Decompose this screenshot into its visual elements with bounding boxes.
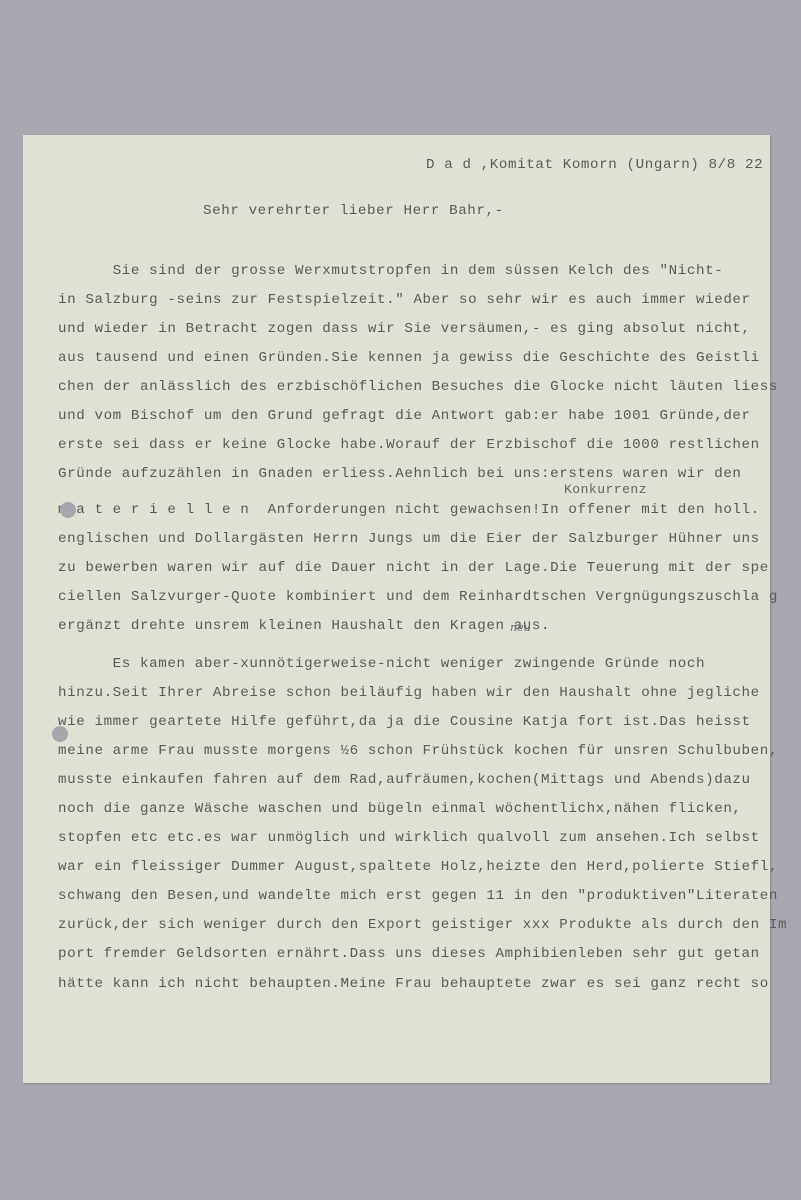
letter-line: in Salzburg -seins zur Festspielzeit." A… [58,291,751,309]
letter-line: port fremder Geldsorten ernährt.Dass uns… [58,945,760,963]
letter-line: und vom Bischof um den Grund gefragt die… [58,407,751,425]
letter-line: ciellen Salzvurger-Quote kombiniert und … [58,588,778,606]
letter-line: Es kamen aber-xunnötigerweise-nicht weni… [58,655,705,673]
letter-line: hinzu.Seit Ihrer Abreise schon beiläufig… [58,684,760,702]
letter-line: zurück,der sich weniger durch den Export… [58,916,787,934]
punch-hole [60,502,76,518]
letter-line: englischen und Dollargästen Herrn Jungs … [58,530,760,548]
letter-line: Sie sind der grosse Werxmutstropfen in d… [58,262,723,280]
letter-line: noch die ganze Wäsche waschen und bügeln… [58,800,742,818]
letter-line: ergänzt drehte unsrem kleinen Haushalt d… [58,617,550,635]
letter-line: war ein fleissiger Dummer August,spaltet… [58,858,778,876]
punch-hole [52,726,68,742]
letter-line: Gründe aufzuzählen in Gnaden erliess.Aeh… [58,465,742,483]
letter-place-date: D a d ,Komitat Komorn (Ungarn) 8/8 22 [426,156,763,174]
letter-line: erste sei dass er keine Glocke habe.Wora… [58,436,760,454]
letter-line: wie immer geartete Hilfe geführt,da ja d… [58,713,751,731]
letter-line: m a t e r i e l l e n Anforderungen nich… [58,501,760,519]
letter-line: hätte kann ich nicht behaupten.Meine Fra… [58,975,769,993]
letter-line: chen der anlässlich des erzbischöflichen… [58,378,778,396]
letter-line: aus tausend und einen Gründen.Sie kennen… [58,349,760,367]
letter-page: D a d ,Komitat Komorn (Ungarn) 8/8 22 Se… [23,135,770,1083]
letter-line: stopfen etc etc.es war unmöglich und wir… [58,829,760,847]
handwritten-correction: neu [510,621,531,634]
letter-line: zu bewerben waren wir auf die Dauer nich… [58,559,769,577]
interlinear-insertion: Konkurrenz [564,482,647,497]
letter-line: meine arme Frau musste morgens ½6 schon … [58,742,778,760]
letter-line: musste einkaufen fahren auf dem Rad,aufr… [58,771,751,789]
letter-line: schwang den Besen,und wandelte mich erst… [58,887,778,905]
letter-salutation: Sehr verehrter lieber Herr Bahr,- [203,202,504,220]
letter-line: und wieder in Betracht zogen dass wir Si… [58,320,751,338]
